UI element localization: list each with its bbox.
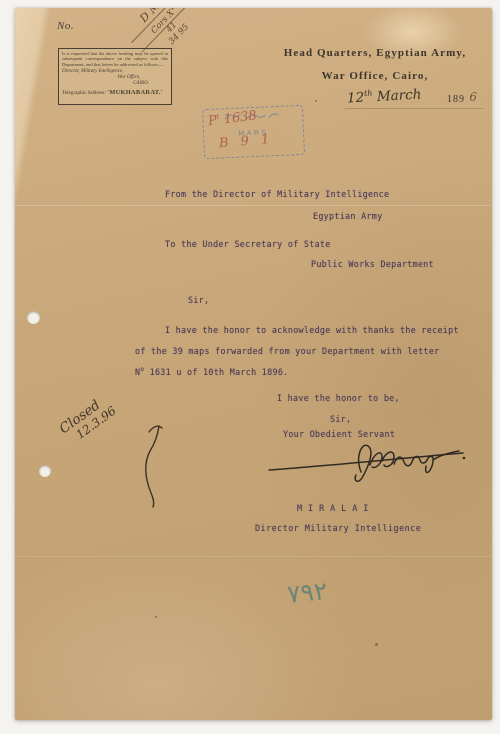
letterhead-line-1: Head Quarters, Egyptian Army, [250, 47, 492, 59]
salutation: Sir, [188, 295, 209, 305]
to-sub-line: Public Works Department [311, 259, 434, 269]
closed-note: Closed 12.3.96 [57, 392, 119, 447]
address-instruction-box: It is requested that the above heading m… [58, 48, 172, 105]
from-sub-line: Egyptian Army [313, 211, 382, 221]
handwritten-date: 12th March [347, 86, 422, 106]
title-line: Director Military Intelligence [255, 523, 421, 533]
address-box-city: CAIRO. [62, 81, 168, 87]
telegraphic-address: Telegraphic Address: 'MUKHABARAT.' [62, 89, 168, 96]
page-number-arabic: ٧٩٢ [286, 576, 329, 608]
date-line: 12th March 189 6 [345, 88, 483, 109]
address-box-notice: It is requested that the above heading m… [62, 51, 168, 67]
fold-crease-upper [15, 205, 492, 207]
closing-line-1: I have the honor to be, [277, 393, 400, 403]
telegraphic-value: 'MUKHABARAT.' [107, 89, 163, 96]
body-line-1: I have the honor to acknowledge with tha… [165, 325, 459, 335]
letterhead-line-2: War Office, Cairo, [250, 70, 492, 82]
fold-crease-lower [15, 556, 492, 558]
paper-speck [155, 616, 157, 618]
no-label: No. [57, 20, 74, 32]
punch-hole-top [27, 311, 40, 324]
handwritten-year-digit: 6 [469, 90, 477, 104]
paper-speck [315, 100, 317, 102]
rank-line: MIRALAI [297, 503, 374, 513]
from-line: From the Director of Military Intelligen… [165, 189, 389, 199]
punch-hole-bottom [39, 465, 51, 477]
letter-paper: No. D M I Cors X1 41 34 95 It is request… [15, 8, 492, 720]
pen-flourish [135, 420, 171, 508]
photo-background: No. D M I Cors X1 41 34 95 It is request… [0, 0, 500, 734]
printed-year: 189 [447, 94, 465, 105]
to-line: To the Under Secretary of State [165, 239, 331, 249]
body-line-3: No 1631 u of 10th March 1896. [135, 366, 289, 377]
body-line-2: of the 39 maps forwarded from your Depar… [135, 346, 440, 356]
closing-line-2: Sir, [330, 414, 351, 424]
paper-speck [375, 643, 378, 646]
signature-wingate [265, 436, 470, 492]
telegraphic-label: Telegraphic Address: [62, 90, 106, 96]
